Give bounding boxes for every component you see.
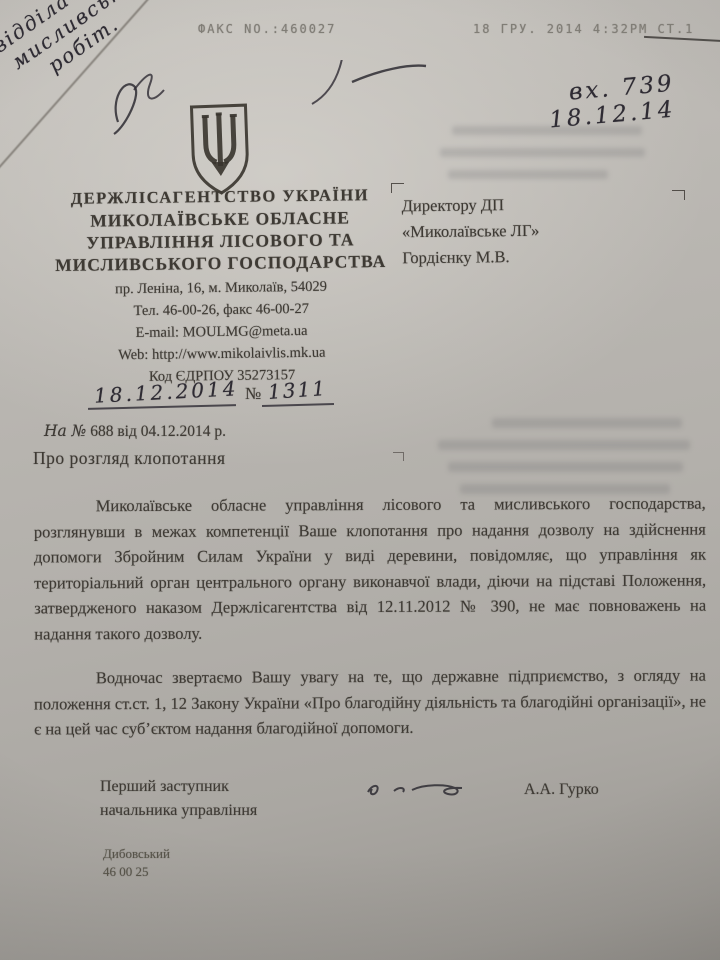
subject-line: Про розгляд клопотання	[33, 448, 226, 469]
body-paragraph-2: Водночас звертаємо Вашу увагу на те, що …	[34, 663, 706, 742]
addressee-person: Гордієнку М.В.	[402, 243, 642, 272]
scanned-letter-photo: ФАКС NO.:460027 18 ГРУ. 2014 4:32PM СТ.1…	[0, 0, 720, 960]
addressee-block: Директору ДП «Миколаївське ЛГ» Гордієнку…	[402, 191, 643, 272]
executor-block: Дибовський 46 00 25	[103, 845, 170, 881]
reference-prefix: На №	[44, 422, 86, 440]
trident-emblem-icon	[184, 101, 255, 199]
bleedthrough-text	[440, 148, 645, 157]
outgoing-number: 1311	[267, 376, 327, 404]
signature-stroke-icon	[362, 776, 467, 804]
org-name-line3: МИСЛИВСЬКОГО ГОСПОДАРСТВА	[27, 250, 415, 277]
addressee-company: «Миколаївське ЛГ»	[402, 217, 642, 246]
executor-name: Дибовський	[103, 845, 170, 863]
signer-title: Перший заступник начальника управління	[100, 775, 257, 823]
addressee-position: Директору ДП	[402, 191, 642, 220]
signer-name: А.А. Гурко	[524, 781, 599, 799]
corner-mark-close	[672, 190, 685, 200]
incoming-stamp: вх. 739 18.12.14	[546, 71, 678, 134]
reference-value: 688 від 04.12.2014 р.	[90, 423, 226, 440]
pen-flourish-icon	[90, 60, 450, 140]
bleedthrough-text	[448, 462, 683, 472]
fax-header-machine: ФАКС NO.:460027	[198, 22, 336, 36]
bleedthrough-text	[448, 170, 608, 179]
corner-mark-small	[393, 452, 404, 461]
fax-header-underline	[644, 36, 720, 42]
fax-header-datetime: 18 ГРУ. 2014 4:32PM СТ.1	[473, 22, 694, 36]
body-paragraph-1: Миколаївське обласне управління лісового…	[34, 491, 707, 647]
reference-line: На № 688 від 04.12.2014 р.	[44, 422, 226, 441]
executor-phone: 46 00 25	[103, 863, 170, 881]
bleedthrough-text	[492, 418, 682, 428]
corner-mark-open	[391, 183, 404, 193]
letterhead: ДЕРЖЛІСАГЕНТСТВО УКРАЇНИ МИКОЛАЇВСЬКЕ ОБ…	[26, 184, 416, 390]
signer-title-line2: начальника управління	[100, 799, 257, 823]
signer-title-line1: Перший заступник	[100, 775, 257, 799]
bleedthrough-text	[438, 440, 690, 450]
number-sign: №	[245, 384, 261, 404]
bleedthrough-text	[452, 126, 642, 135]
